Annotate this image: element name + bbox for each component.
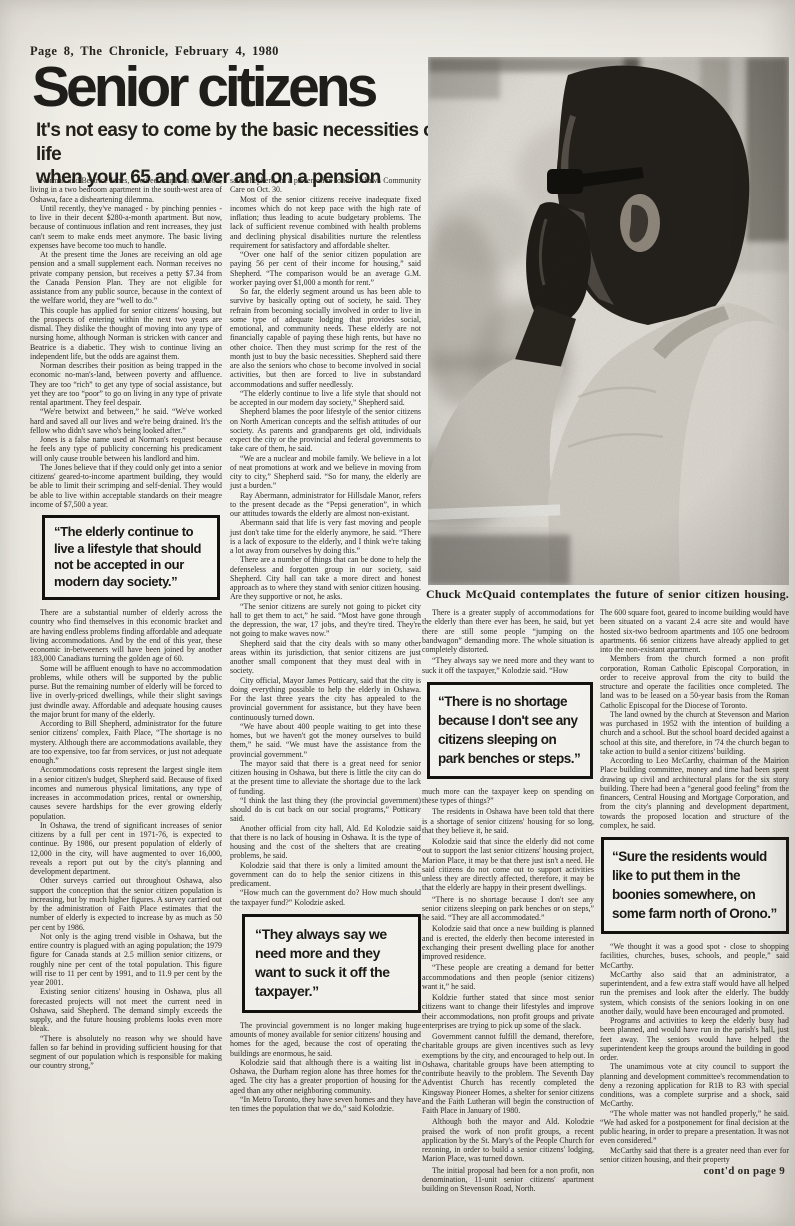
article-paragraph: Abermann said that life is very fast mov… [230, 518, 421, 555]
article-paragraph: Although both the mayor and Ald. Kolodzi… [422, 1117, 594, 1163]
article-paragraph: “The elderly continue to live a life sty… [230, 389, 421, 408]
article-paragraph: “Over one half of the senior citizen pop… [230, 250, 421, 287]
article-paragraph: There are a number of things that can be… [230, 555, 421, 601]
article-paragraph: Not only is the aging trend visible in O… [30, 932, 222, 988]
article-paragraph: Most of the senior citizens receive inad… [230, 195, 421, 251]
article-paragraph: There is a greater supply of accommodati… [422, 608, 594, 654]
article-paragraph: Koldzie further stated that since most s… [422, 993, 594, 1030]
article-paragraph: Some will be affluent enough to have no … [30, 664, 222, 720]
article-paragraph: Kolodzie said that once a new building i… [422, 924, 594, 961]
subhead-line-1: It's not easy to come by the basic neces… [36, 119, 456, 166]
article-paragraph: According to Bill Shepherd, administrato… [30, 719, 222, 765]
article-paragraph: The provincial government is no longer m… [230, 1021, 421, 1058]
article-paragraph: Members from the church formed a non pro… [600, 654, 789, 710]
article-paragraph: In Oshawa, the trend of significant incr… [30, 821, 222, 877]
article-paragraph: There are a substantial number of elderl… [30, 608, 222, 664]
column-3-lower-text: much more can the taxpayer keep on spend… [422, 787, 594, 1194]
article-paragraph: City official, Mayor James Potticary, sa… [230, 676, 421, 722]
article-paragraph: McCarthy also said that an administrator… [600, 970, 789, 1016]
article-paragraph: Another official from city hall, Ald. Ed… [230, 824, 421, 861]
article-paragraph: “The whole matter was not handled proper… [600, 1109, 789, 1146]
article-paragraph: So far, the elderly segment around us ha… [230, 287, 421, 389]
article-paragraph: Ray Abermann, administrator for Hillsdal… [230, 491, 421, 519]
article-paragraph: “They always say we need more and they w… [422, 656, 594, 675]
article-paragraph: “We thought it was a good spot - close t… [600, 942, 789, 970]
article-column-4: The 600 square foot, geared to income bu… [600, 608, 789, 1176]
article-column-2: said Shepherd, in a presentation to the … [230, 176, 421, 1113]
article-column-3: There is a greater supply of accommodati… [422, 608, 594, 1195]
article-paragraph: Existing senior citizens' housing in Osh… [30, 987, 222, 1033]
article-paragraph: The 600 square foot, geared to income bu… [600, 608, 789, 654]
pull-quote-elderly-lifestyle: “The elderly continue to live a lifestyl… [42, 515, 220, 600]
article-paragraph: The unamimous vote at city council to su… [600, 1062, 789, 1108]
column-4-upper-text: The 600 square foot, geared to income bu… [600, 608, 789, 830]
photo-caption: Chuck McQuaid contemplates the future of… [426, 588, 789, 601]
article-paragraph: “We are a nuclear and mobile family. We … [230, 454, 421, 491]
article-paragraph: “The senior citizens are surely not goin… [230, 602, 421, 639]
photo-man-at-window [428, 57, 789, 585]
article-paragraph: “How much can the government do? How muc… [230, 888, 421, 907]
article-paragraph: Shepherd said that the city deals with s… [230, 639, 421, 676]
column-2-upper-text: said Shepherd, in a presentation to the … [230, 176, 421, 907]
article-paragraph: “I think the last thing they (the provin… [230, 796, 421, 824]
pull-quote-taxpayer: “They always say we need more and they w… [242, 914, 421, 1013]
article-paragraph: Kolodzie said that although there is a w… [230, 1058, 421, 1095]
article-paragraph: At the present time the Jones are receiv… [30, 250, 222, 306]
article-paragraph: McCarthy said that there is a greater ne… [600, 1146, 789, 1165]
article-paragraph: Programs and activities to keep the elde… [600, 1016, 789, 1062]
article-paragraph: “These people are creating a demand for … [422, 963, 594, 991]
column-1-lower-text: There are a substantial number of elderl… [30, 608, 222, 1071]
article-paragraph: “In Metro Toronto, they have seven homes… [230, 1095, 421, 1114]
pull-quote-no-shortage: “There is no shortage because I don't se… [427, 682, 593, 779]
article-paragraph: “We have about 400 people waiting to get… [230, 722, 421, 759]
column-2-lower-text: The provincial government is no longer m… [230, 1021, 421, 1114]
article-paragraph: The mayor said that there is a great nee… [230, 759, 421, 796]
continued-notice: cont'd on page 9 [600, 1167, 789, 1176]
article-paragraph: The residents in Oshawa have been told t… [422, 807, 594, 835]
article-paragraph: Other surveys carried out throughout Osh… [30, 876, 222, 932]
article-paragraph: Shepherd blames the poor lifestyle of th… [230, 407, 421, 453]
article-paragraph: The Jones believe that if they could onl… [30, 463, 222, 509]
article-paragraph: Norman and Beatrice Jones, a retired cou… [30, 176, 222, 204]
article-paragraph: much more can the taxpayer keep on spend… [422, 787, 594, 806]
column-4-lower-text: “We thought it was a good spot - close t… [600, 942, 789, 1164]
article-paragraph: According to Leo McCarthy, chairman of t… [600, 756, 789, 830]
pull-quote-boonies: “Sure the residents would like to put th… [601, 837, 789, 934]
column-3-upper-text: There is a greater supply of accommodati… [422, 608, 594, 675]
column-1-upper-text: Norman and Beatrice Jones, a retired cou… [30, 176, 222, 509]
article-paragraph: The land owned by the church at Stevenso… [600, 710, 789, 756]
article-paragraph: Accommodations costs represent the large… [30, 765, 222, 821]
newspaper-page: Page 8, The Chronicle, February 4, 1980 … [0, 0, 795, 1226]
article-paragraph: This couple has applied for senior citiz… [30, 306, 222, 362]
article-paragraph: Government cannot fulfill the demand, th… [422, 1032, 594, 1115]
article-paragraph: Until recently, they've managed - by pin… [30, 204, 222, 250]
article-paragraph: Kolodzie said that there is only a limit… [230, 861, 421, 889]
article-paragraph: “There is no shortage because I don't se… [422, 895, 594, 923]
article-paragraph: Kolodzie said that since the elderly did… [422, 837, 594, 893]
headline: Senior citizens [32, 54, 374, 120]
article-paragraph: Jones is a false name used at Norman's r… [30, 435, 222, 463]
photo-illustration [428, 57, 789, 585]
article-column-1: Norman and Beatrice Jones, a retired cou… [30, 176, 222, 1071]
article-paragraph: Norman describes their position as being… [30, 361, 222, 407]
article-paragraph: The initial proposal had been for a non … [422, 1166, 594, 1194]
article-paragraph: “We're betwixt and between,” he said. “W… [30, 407, 222, 435]
article-paragraph: said Shepherd, in a presentation to the … [230, 176, 421, 195]
article-paragraph: “There is absolutely no reason why we sh… [30, 1034, 222, 1071]
